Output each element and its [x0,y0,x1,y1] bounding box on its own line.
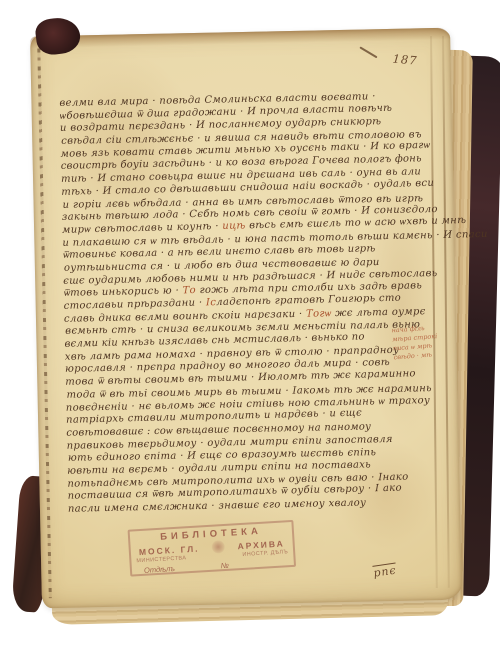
eagle-emblem-icon [212,540,226,554]
line-text-red: Іс [206,297,217,308]
stamp-number-sign: № [220,561,229,570]
folio-number: 187 [392,52,418,68]
manuscript-page: 187 велми вла мира · повѣда Смолиньска в… [30,28,462,609]
line-text-red: То [182,285,196,296]
line-text: стославьи прѣраздани · [64,297,207,311]
red-marginal-note: нача фїль мѣра строкі писа ѡ мрѣ свѣдо ·… [391,322,449,362]
line-text-red: Тогѡ [306,308,332,320]
manuscript-photo: 187 велми вла мира · повѣда Смолиньска в… [0,0,500,652]
pen-stroke-mark [359,46,377,58]
manuscript-text-block: велми вла мира · повѣда Смолиньска власт… [59,91,398,517]
page-top-edge-stain [30,28,450,49]
page-crease [430,36,437,588]
quire-mark: рпє [373,564,398,580]
line-text-red: ицѣ [222,220,246,232]
page-crease [442,36,449,588]
line-text: жє лѣта оумрє [331,306,425,319]
library-stamp: БИБЛІОТЕКА МОСК. ГЛ. АРХИВА МИНИСТЕРСТВА… [128,520,296,577]
stamp-text: АРХИВА [237,538,285,551]
page-gutter-line [37,48,52,598]
stamp-text: Отдѣлъ [144,564,175,575]
line-text: ѿтовь инькорись ю · [63,286,182,299]
